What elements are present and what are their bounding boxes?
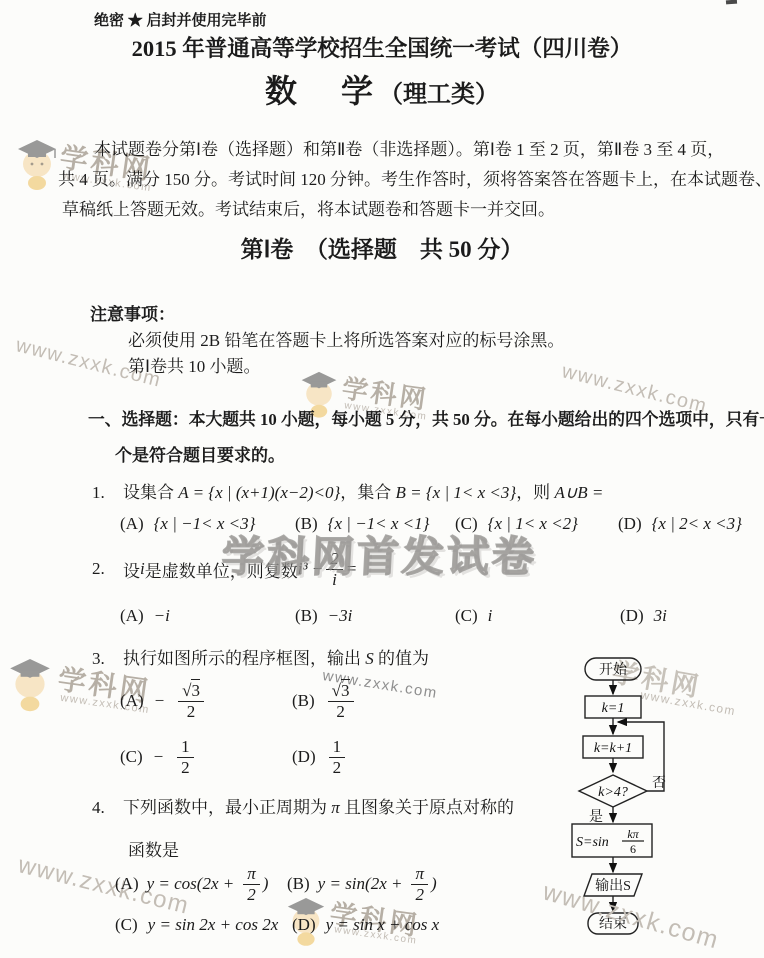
- scan-artifact: [726, 0, 737, 4]
- question-2-options: (A)−i (B)−3i (C)i (D)3i: [0, 606, 764, 630]
- q3-text: 执行如图所示的程序框图，输出: [123, 649, 365, 668]
- q1-text: 设集合: [123, 483, 178, 502]
- option-label: (D): [292, 747, 316, 767]
- question-3-options-row2: (C) − 12 (D) 12: [0, 732, 560, 782]
- q3-option-a: (A) − √32: [120, 676, 207, 726]
- q1-math-union: A∪B =: [554, 483, 603, 502]
- option-label: (A): [120, 606, 144, 626]
- q3-b-fraction: √32: [328, 681, 354, 720]
- option-label: (B): [292, 691, 315, 711]
- q1-math-setB: B = {x | 1< x <3}: [396, 483, 517, 502]
- q4-b-fraction: π2: [411, 864, 428, 903]
- question-4-stem-line2: 函数是: [128, 836, 179, 861]
- note-line-1: 必须使用 2B 铅笔在答题卡上将所选答案对应的标号涂黑。: [128, 326, 564, 351]
- flowchart-step2-label: k=k+1: [594, 741, 632, 756]
- question-4-options-row1: (A) y = cos(2x + π2 ) (B) y = sin(2x + π…: [0, 860, 560, 908]
- q1-text: ，集合: [340, 483, 395, 502]
- flowchart-assign-denominator: 6: [630, 842, 636, 856]
- subject-title: 数 学: [265, 73, 379, 109]
- fraction-numerator: 2: [326, 549, 343, 569]
- q1-option-c: (C){x | 1< x <2}: [455, 514, 578, 534]
- q1-option-b: (B){x | −1< x <1}: [295, 514, 429, 534]
- fraction-denominator: 2: [185, 702, 198, 721]
- q1-text: ，则: [516, 483, 554, 502]
- fraction-denominator: 2: [179, 758, 192, 777]
- option-value: −i: [154, 606, 170, 626]
- option-label: (C): [455, 514, 478, 534]
- exam-title: 2015 年普通高等学校招生全国统一考试（四川卷）: [0, 31, 764, 63]
- q1-math-setA: A = {x | (x+1)(x−2)<0}: [178, 483, 340, 502]
- question-1-stem: 1.设集合 A = {x | (x+1)(x−2)<0}，集合 B = {x |…: [92, 478, 603, 503]
- option-value: −3i: [328, 606, 353, 626]
- option-label: (B): [287, 874, 310, 894]
- subject-type: （理工类）: [379, 82, 499, 108]
- radical-sign: √: [332, 681, 341, 700]
- q2-option-b: (B)−3i: [295, 606, 352, 626]
- option-label: (C): [115, 915, 138, 935]
- flowchart-decision-label: k>4?: [598, 785, 628, 800]
- option-value: y = sin 2x + cos 2x: [148, 915, 279, 935]
- q4-option-d: (D)y = sin x + cos x: [292, 915, 439, 935]
- exam-page: 学科网 www.zxxk.com www.zxxk.com 学科网 www.zx…: [0, 0, 764, 958]
- minus-sign: −: [153, 747, 164, 767]
- radicand: 3: [191, 679, 200, 700]
- flowchart-output-label: 输出S: [595, 878, 631, 894]
- q3-a-fraction: √32: [178, 681, 204, 720]
- fraction-numerator: 1: [329, 737, 346, 757]
- q4-text: 且图象关于原点对称的: [340, 798, 514, 817]
- flowchart-no-label: 否: [652, 775, 666, 791]
- part1-heading: 第Ⅰ卷 （选择题 共 50 分）: [0, 231, 764, 264]
- q4-option-c: (C)y = sin 2x + cos 2x: [115, 915, 278, 935]
- radicand: 3: [341, 679, 350, 700]
- option-label: (B): [295, 606, 318, 626]
- flowchart-step1-label: k=1: [602, 701, 625, 716]
- flowchart: 开始 k=1 k=k+1 k>4? 否 是 S=sin kπ 6 输出S 结束: [558, 650, 764, 952]
- q3-option-d: (D) 12: [292, 732, 348, 782]
- watermark-logo-top-left: [14, 134, 60, 195]
- question-3-options-row1: (A) − √32 (B) √32: [0, 676, 560, 726]
- option-label: (A): [120, 691, 144, 711]
- q2-math-equals: =: [346, 559, 357, 579]
- classification-line: 绝密 ★ 启封并使用完毕前: [94, 9, 267, 30]
- section-heading-line-2: 个是符合题目要求的。: [115, 441, 285, 466]
- option-label: (D): [618, 514, 642, 534]
- question-4-stem: 4.下列函数中，最小正周期为 π 且图象关于原点对称的: [92, 793, 514, 818]
- q2-option-c: (C)i: [455, 606, 492, 626]
- fraction-numerator: π: [411, 864, 428, 884]
- q3-text: 的值为: [374, 649, 429, 668]
- fraction-denominator: 2: [334, 702, 347, 721]
- intro-line-3: 草稿纸上答题无效。考试结束后，将本试题卷和答题卡一并交回。: [62, 195, 555, 220]
- q1-option-d: (D){x | 2< x <3}: [618, 514, 742, 534]
- fraction-numerator: 1: [177, 737, 194, 757]
- q3-option-b: (B) √32: [292, 676, 357, 726]
- q2-option-d: (D)3i: [620, 606, 667, 626]
- option-label: (A): [120, 514, 144, 534]
- option-label: (B): [295, 514, 318, 534]
- zxxk-logo-icon: [14, 134, 60, 190]
- q3-c-fraction: 12: [177, 737, 194, 776]
- question-1-number: 1.: [92, 483, 123, 503]
- option-label: (D): [620, 606, 644, 626]
- question-2-number: 2.: [92, 559, 123, 579]
- q2-text: 是虚数单位，则复数: [145, 557, 298, 582]
- q4-text: 下列函数中，最小正周期为: [123, 798, 331, 817]
- q2-option-a: (A)−i: [120, 606, 170, 626]
- option-label: (D): [292, 915, 316, 935]
- q1-option-a: (A){x | −1< x <3}: [120, 514, 255, 534]
- fraction-denominator: 2: [413, 885, 426, 904]
- note-line-2: 第Ⅰ卷共 10 小题。: [128, 352, 261, 377]
- option-value: {x | −1< x <3}: [154, 514, 256, 534]
- question-3-number: 3.: [92, 649, 123, 669]
- flowchart-assign-numerator: kπ: [627, 827, 639, 841]
- option-formula: y = sin(2x +: [318, 874, 403, 894]
- fraction-numerator: π: [243, 864, 260, 884]
- option-formula-close: ): [263, 874, 269, 894]
- question-1-options: (A){x | −1< x <3} (B){x | −1< x <1} (C){…: [0, 514, 764, 538]
- q2-text: 设: [123, 557, 140, 582]
- q3-option-c: (C) − 12: [120, 732, 197, 782]
- option-value: i: [488, 606, 493, 626]
- option-label: (C): [455, 606, 478, 626]
- question-2-stem: 2. 设 i 是虚数单位，则复数 i³ − 2i =: [92, 546, 357, 592]
- option-label: (C): [120, 747, 143, 767]
- option-formula: y = cos(2x +: [147, 874, 235, 894]
- section-heading-line-1: 一、选择题：本大题共 10 小题，每小题 5 分，共 50 分。在每小题给出的四…: [88, 406, 764, 430]
- question-3-stem: 3.执行如图所示的程序框图，输出 S 的值为: [92, 644, 429, 669]
- option-value: {x | 1< x <2}: [488, 514, 578, 534]
- q4-option-b: (B) y = sin(2x + π2 ): [287, 860, 437, 908]
- question-4-number: 4.: [92, 798, 123, 818]
- flowchart-start-label: 开始: [599, 662, 628, 678]
- fraction-denominator: i: [330, 570, 339, 589]
- q4-a-fraction: π2: [243, 864, 260, 903]
- option-value: {x | −1< x <1}: [328, 514, 430, 534]
- option-formula-close: ): [431, 874, 437, 894]
- q3-math-S: S: [365, 649, 374, 668]
- question-4-options-row2: (C)y = sin 2x + cos 2x (D)y = sin x + co…: [0, 915, 560, 939]
- q2-fraction: 2i: [326, 549, 343, 588]
- subject-title-row: 数 学（理工类）: [0, 66, 764, 112]
- intro-line-2: 共 4 页。满分 150 分。考试时间 120 分钟。考生作答时，须将答案答在答…: [58, 165, 764, 190]
- notes-title: 注意事项：: [90, 300, 175, 325]
- minus-sign: −: [154, 691, 165, 711]
- q4-option-a: (A) y = cos(2x + π2 ): [115, 860, 268, 908]
- intro-line-1: 本试题卷分第Ⅰ卷（选择题）和第Ⅱ卷（非选择题）。第Ⅰ卷 1 至 2 页，第Ⅱ卷 …: [94, 135, 724, 160]
- q3-d-fraction: 12: [329, 737, 346, 776]
- option-value: {x | 2< x <3}: [652, 514, 742, 534]
- flowchart-end-label: 结束: [599, 915, 627, 932]
- flowchart-assign-pre: S=sin: [576, 835, 609, 850]
- option-value: 3i: [654, 606, 667, 626]
- q4-math-pi: π: [331, 798, 340, 817]
- option-label: (A): [115, 874, 139, 894]
- q2-math-i3: i³ −: [298, 559, 324, 579]
- flowchart-yes-label: 是: [589, 809, 603, 825]
- option-value: y = sin x + cos x: [326, 915, 440, 935]
- fraction-denominator: 2: [245, 885, 258, 904]
- fraction-denominator: 2: [331, 758, 344, 777]
